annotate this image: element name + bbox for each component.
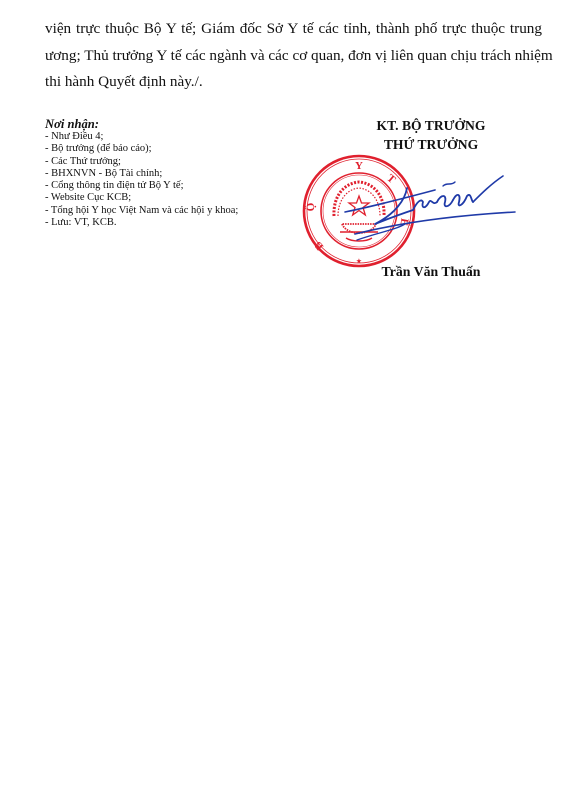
handwritten-signature-icon bbox=[335, 172, 525, 247]
paragraph-line: viện trực thuộc Bộ Y tế; Giám đốc Sở Y t… bbox=[45, 16, 542, 43]
recipients-list: - Như Điều 4; - Bộ trưởng (để báo cáo); … bbox=[45, 131, 305, 229]
recipients-heading: Nơi nhận: bbox=[45, 118, 305, 131]
signature-title-block: KT. BỘ TRƯỞNG THỨ TRƯỞNG bbox=[331, 116, 531, 154]
recipient-item: - Như Điều 4; bbox=[45, 131, 305, 143]
document-page: viện trực thuộc Bộ Y tế; Giám đốc Sở Y t… bbox=[0, 0, 583, 800]
recipient-item: - Website Cục KCB; bbox=[45, 192, 305, 204]
recipients-section: Nơi nhận: - Như Điều 4; - Bộ trưởng (để … bbox=[45, 118, 305, 229]
paragraph-line: ương; Thủ trưởng Y tế các ngành và các c… bbox=[45, 43, 542, 70]
svg-text:Ộ: Ộ bbox=[304, 202, 318, 212]
recipient-item: - Tổng hội Y học Việt Nam và các hội y k… bbox=[45, 205, 305, 217]
recipient-item: - Cổng thông tin điện tử Bộ Y tế; bbox=[45, 180, 305, 192]
recipient-item: - Bộ trưởng (để báo cáo); bbox=[45, 143, 305, 155]
signer-name: Trần Văn Thuấn bbox=[331, 264, 531, 280]
recipient-item: - Các Thứ trưởng; bbox=[45, 156, 305, 168]
recipient-item: - BHXNVN - Bộ Tài chính; bbox=[45, 168, 305, 180]
recipient-item: - Lưu: VT, KCB. bbox=[45, 217, 305, 229]
svg-text:Y: Y bbox=[355, 160, 363, 172]
closing-paragraph: viện trực thuộc Bộ Y tế; Giám đốc Sở Y t… bbox=[45, 16, 542, 96]
signer-title-line1: KT. BỘ TRƯỞNG bbox=[331, 116, 531, 135]
paragraph-line: thi hành Quyết định này./. bbox=[45, 69, 542, 96]
